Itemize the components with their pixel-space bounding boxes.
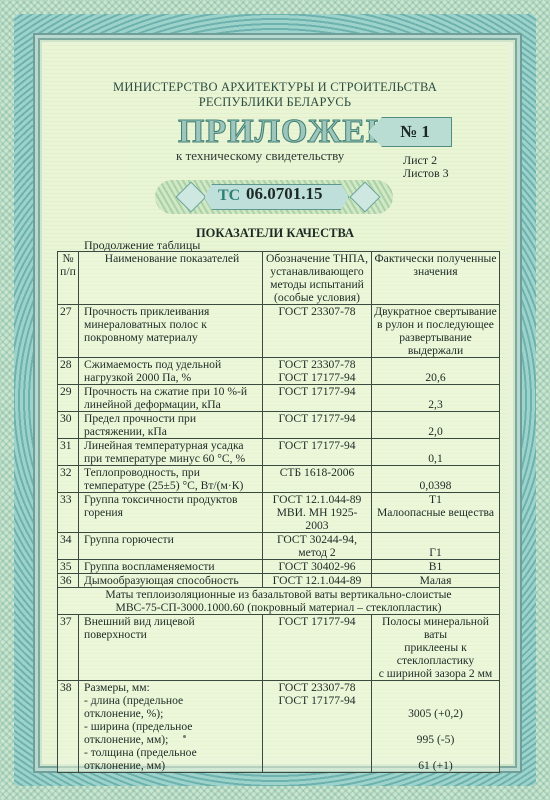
sheets-total: Листов 3 (403, 166, 449, 181)
measured-value: 2,0 (372, 412, 500, 439)
indicator-name: Группа воспламеняемости (79, 560, 263, 574)
row-number: 38 (58, 681, 79, 773)
table-row: 28Сжимаемость под удельной нагрузкой 200… (58, 358, 500, 385)
test-standard: ГОСТ 23307-78 ГОСТ 17177-94 (263, 681, 372, 773)
indicator-name: Линейная температурная усадка при темпер… (79, 439, 263, 466)
table-row: 33Группа токсичности продуктов горенияГО… (58, 493, 500, 533)
ministry-name-line2: РЕСПУБЛИКИ БЕЛАРУСЬ (0, 95, 550, 110)
quality-indicators-table: № п/п Наименование показателей Обозначен… (57, 251, 500, 773)
row-number: 30 (58, 412, 79, 439)
measured-value: Двукратное свертывание в рулон и последу… (372, 305, 500, 358)
test-standard: ГОСТ 17177-94 (263, 439, 372, 466)
row-number: 37 (58, 615, 79, 681)
test-standard: СТБ 1618-2006 (263, 466, 372, 493)
indicator-name: Предел прочности при растяжении, кПа (79, 412, 263, 439)
test-standard: ГОСТ 17177-94 (263, 385, 372, 412)
indicator-name: Группа горючести (79, 533, 263, 560)
table-row: 31Линейная температурная усадка при темп… (58, 439, 500, 466)
row-number: 33 (58, 493, 79, 533)
indicator-name: Группа токсичности продуктов горения (79, 493, 263, 533)
ministry-name-line1: МИНИСТЕРСТВО АРХИТЕКТУРЫ И СТРОИТЕЛЬСТВА (0, 80, 550, 95)
measured-value: Полосы минеральной ваты приклеены к стек… (372, 615, 500, 681)
group-header-row: Маты теплоизоляционные из базальтовой ва… (58, 588, 500, 615)
row-number: 32 (58, 466, 79, 493)
indicator-name: Дымообразующая способность (79, 574, 263, 588)
measured-value: В1 (372, 560, 500, 574)
row-number: 31 (58, 439, 79, 466)
certificate-number: 06.0701.15 (246, 184, 323, 204)
indicator-name: Прочность на сжатие при 10 %-й линейной … (79, 385, 263, 412)
test-standard: ГОСТ 23307-78 (263, 305, 372, 358)
indicator-name: Прочность приклеивания минераловатных по… (79, 305, 263, 358)
indicator-name: Размеры, мм: - длина (предельное отклоне… (79, 681, 263, 773)
row-number: 28 (58, 358, 79, 385)
table-row: 35Группа воспламеняемостиГОСТ 30402-96В1 (58, 560, 500, 574)
indicator-name: Теплопроводность, при температуре (25±5)… (79, 466, 263, 493)
paper-speck (183, 735, 186, 738)
measured-value: 3005 (+0,2) 995 (-5) 61 (+1) (372, 681, 500, 773)
measured-value: 20,6 (372, 358, 500, 385)
test-standard: ГОСТ 12.1.044-89 МВИ. МН 1925- 2003 (263, 493, 372, 533)
measured-value: Т1 Малоопасные вещества (372, 493, 500, 533)
table-row: 34Группа горючестиГОСТ 30244-94, метод 2… (58, 533, 500, 560)
test-standard: ГОСТ 30402-96 (263, 560, 372, 574)
row-number: 36 (58, 574, 79, 588)
product-group-header: Маты теплоизоляционные из базальтовой ва… (58, 588, 500, 615)
appendix-subtitle: к техническому свидетельству (176, 148, 344, 164)
column-header-value: Фактически полученные значения (372, 252, 500, 305)
test-standard: ГОСТ 17177-94 (263, 615, 372, 681)
table-row: 32Теплопроводность, при температуре (25±… (58, 466, 500, 493)
column-header-standard: Обозначение ТНПА, устанавливающего метод… (263, 252, 372, 305)
row-number: 35 (58, 560, 79, 574)
table-row: 37Внешний вид лицевой поверхностиГОСТ 17… (58, 615, 500, 681)
test-standard: ГОСТ 23307-78 ГОСТ 17177-94 (263, 358, 372, 385)
test-standard: ГОСТ 30244-94, метод 2 (263, 533, 372, 560)
test-standard: ГОСТ 17177-94 (263, 412, 372, 439)
table-row: 38Размеры, мм: - длина (предельное откло… (58, 681, 500, 773)
indicator-name: Внешний вид лицевой поверхности (79, 615, 263, 681)
table-header-row: № п/п Наименование показателей Обозначен… (58, 252, 500, 305)
appendix-number-tag: № 1 (368, 117, 452, 147)
test-standard: ГОСТ 12.1.044-89 (263, 574, 372, 588)
column-header-indicator: Наименование показателей (79, 252, 263, 305)
appendix-number: № 1 (390, 122, 430, 141)
row-number: 29 (58, 385, 79, 412)
table-row: 29Прочность на сжатие при 10 %-й линейно… (58, 385, 500, 412)
measured-value: Малая (372, 574, 500, 588)
table-row: 36Дымообразующая способностьГОСТ 12.1.04… (58, 574, 500, 588)
measured-value: 0,0398 (372, 466, 500, 493)
row-number: 34 (58, 533, 79, 560)
certificate-type-label: ТС (218, 187, 240, 205)
measured-value: Г1 (372, 533, 500, 560)
section-title: ПОКАЗАТЕЛИ КАЧЕСТВА (0, 226, 550, 241)
table-row: 27Прочность приклеивания минераловатных … (58, 305, 500, 358)
table-row: 30Предел прочности при растяжении, кПаГО… (58, 412, 500, 439)
measured-value: 0,1 (372, 439, 500, 466)
measured-value: 2,3 (372, 385, 500, 412)
column-header-number: № п/п (58, 252, 79, 305)
row-number: 27 (58, 305, 79, 358)
indicator-name: Сжимаемость под удельной нагрузкой 2000 … (79, 358, 263, 385)
